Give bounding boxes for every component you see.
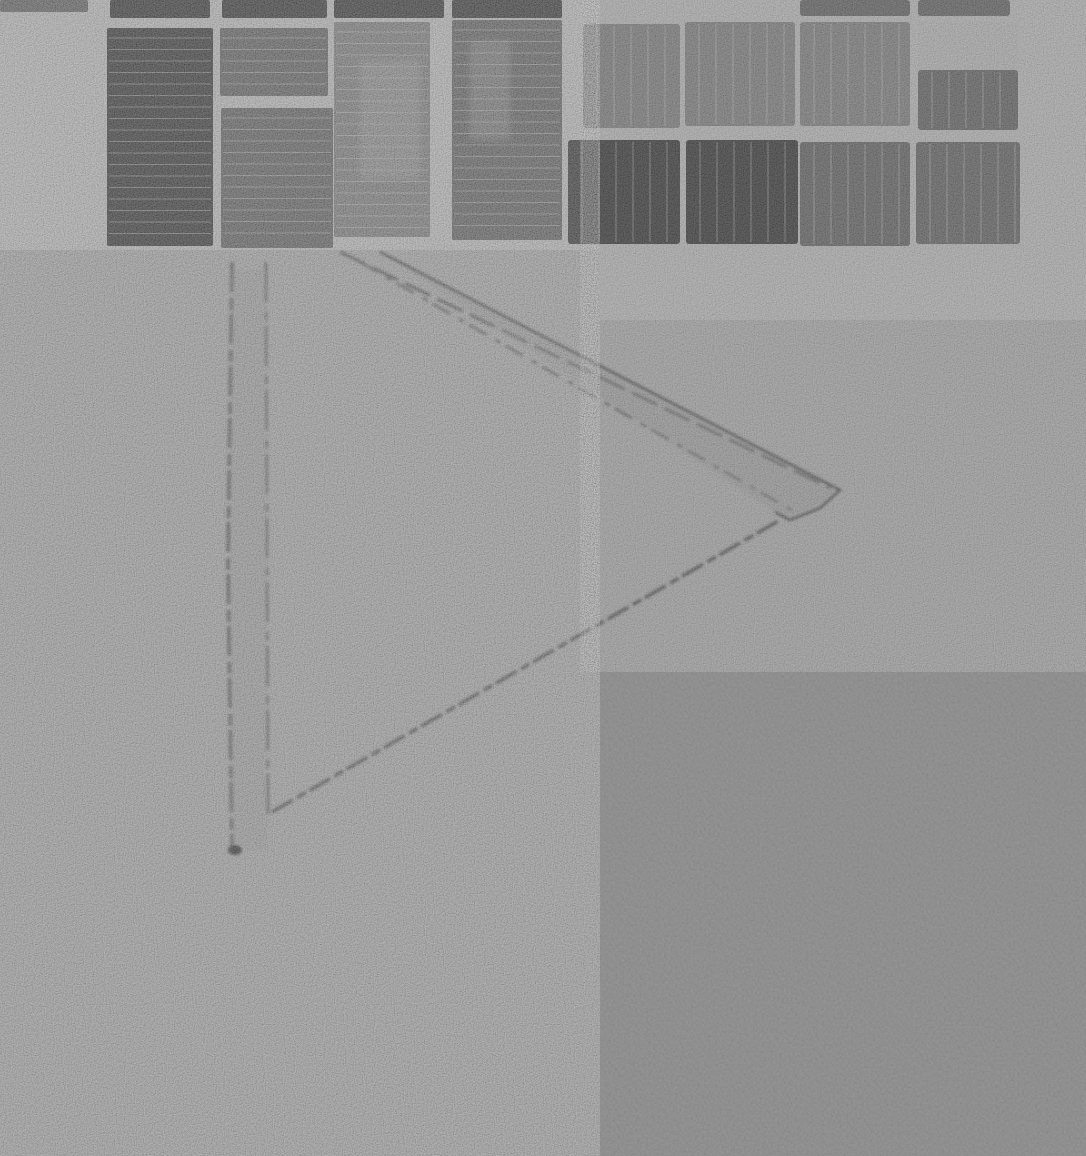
aerial-mosaic-image: [0, 0, 1086, 1156]
aerial-mosaic-canvas: [0, 0, 1086, 1156]
noise-overlay: [0, 0, 1086, 1156]
